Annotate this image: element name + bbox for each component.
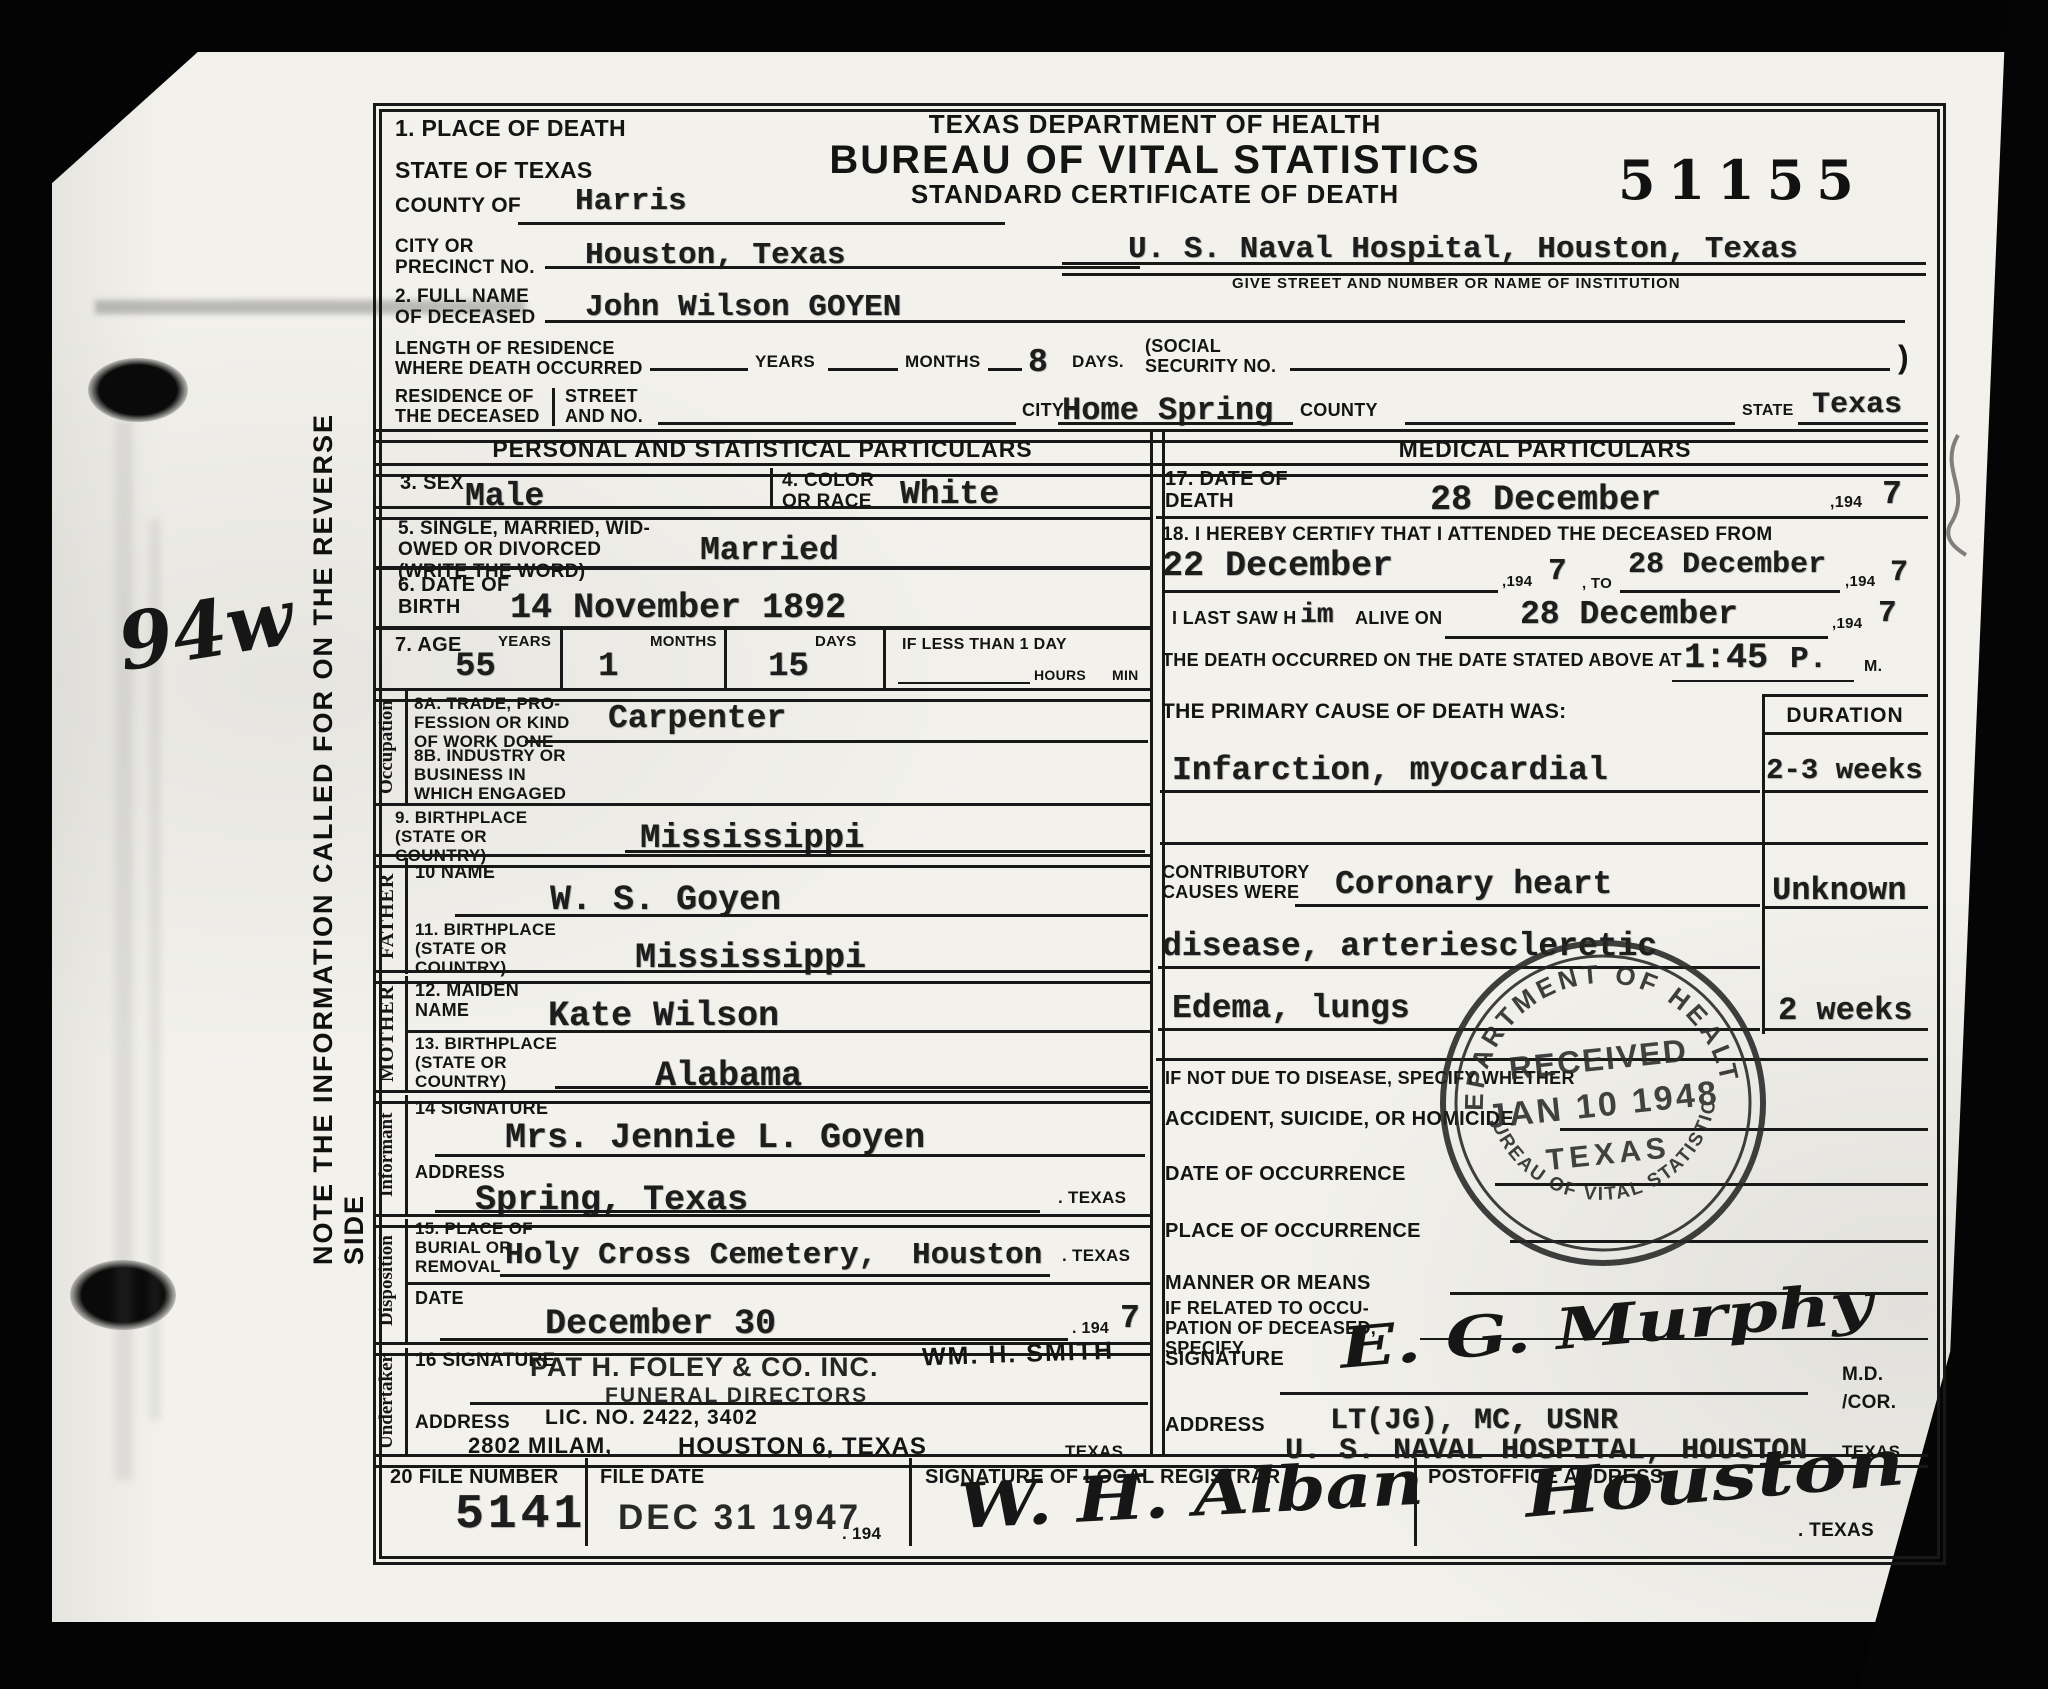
hours-label: HOURS [1034, 668, 1086, 684]
years-label: YEARS [755, 352, 815, 371]
rule [405, 1030, 1150, 1033]
rule [435, 1154, 1145, 1157]
duration-header: DURATION [1762, 704, 1928, 728]
certify-statement: 18. I HEREBY CERTIFY THAT I ATTENDED THE… [1162, 524, 1773, 545]
cor-label: /COR. [1842, 1392, 1896, 1413]
punch-hole [88, 358, 188, 422]
attended-from-date: 22 December [1162, 546, 1393, 586]
burial-date-label: DATE [415, 1288, 464, 1308]
medical-section-header: MEDICAL PARTICULARS [1160, 437, 1930, 463]
county-label: COUNTY OF [395, 194, 521, 218]
rule [405, 1095, 408, 1215]
manner-means-label: MANNER OR MEANS [1165, 1272, 1371, 1294]
sex-label: 3. SEX [400, 472, 464, 494]
scan-streak [115, 420, 133, 1480]
age-years-value: 55 [455, 648, 496, 686]
from-year-print: ,194 [1502, 574, 1532, 591]
city2-label: CITY [1022, 400, 1064, 420]
certificate-number: 51155 [1618, 148, 1866, 212]
rule [405, 690, 408, 805]
rule [909, 1458, 912, 1546]
rule [988, 368, 1022, 371]
rule [405, 976, 408, 1090]
age-months-value: 1 [598, 648, 618, 686]
informant-signature-value: Mrs. Jennie L. Goyen [505, 1118, 925, 1158]
street-label: STREET AND NO. [565, 386, 643, 426]
rule [560, 628, 563, 690]
mother-side-label: MOTHER [376, 976, 406, 1090]
months-label: MONTHS [905, 352, 980, 371]
rule [1062, 262, 1926, 276]
last-year-typed: 7 [1878, 596, 1897, 631]
rule [435, 1210, 1040, 1213]
rule [1160, 790, 1760, 793]
burial-year-print: . 194 [1072, 1320, 1109, 1338]
residence-deceased-label: RESIDENCE OF THE DECEASED [395, 386, 540, 426]
ssn-close-paren: ) [1898, 340, 1909, 376]
rule [525, 740, 1148, 743]
rule [1672, 680, 1854, 682]
alive-on-label: ALIVE ON [1355, 608, 1442, 628]
rule [1156, 516, 1928, 519]
industry-label: 8B. INDUSTRY OR BUSINESS IN WHICH ENGAGE… [414, 746, 566, 803]
min-label: MIN [1112, 668, 1139, 684]
rule [455, 914, 1148, 917]
if-less-than-day-label: IF LESS THAN 1 DAY [902, 636, 1067, 654]
death-time-value: 1:45 [1684, 638, 1768, 678]
burial-place-value: Holy Cross Cemetery, [505, 1238, 877, 1273]
informant-signature-label: 14 SIGNATURE [415, 1098, 548, 1118]
last-saw-him-typed: im [1300, 600, 1334, 631]
informant-side-label: Informant [376, 1095, 406, 1215]
date-of-death-value: 28 December [1430, 480, 1661, 520]
physician-rank-value: LT(JG), MC, USNR [1330, 1404, 1618, 1438]
death-occurred-label: THE DEATH OCCURRED ON THE DATE STATED AB… [1162, 650, 1682, 670]
rule [1280, 1392, 1808, 1395]
to-year-typed: 7 [1890, 556, 1908, 590]
institution-hint: GIVE STREET AND NUMBER OR NAME OF INSTIT… [1232, 276, 1681, 293]
file-date-label: FILE DATE [600, 1466, 705, 1488]
rule [470, 1402, 1148, 1405]
attended-to-date: 28 December [1628, 548, 1826, 582]
state-value: Texas [1812, 388, 1902, 422]
marital-label: 5. SINGLE, MARRIED, WID- OWED OR DIVORCE… [398, 518, 650, 582]
physician-signature-label: SIGNATURE [1165, 1348, 1284, 1370]
state-of-texas-label: STATE OF TEXAS [395, 158, 593, 184]
age-years-label: YEARS [498, 634, 551, 651]
rule [883, 628, 886, 690]
rule [373, 626, 1150, 630]
scan-border-top [0, 0, 2048, 52]
edema-cause-value: Edema, lungs [1172, 990, 1410, 1027]
rule [1295, 904, 1760, 907]
file-date-suffix: . 194 [842, 1524, 881, 1543]
dob-label: 6. DATE OF BIRTH [398, 574, 510, 619]
rule [898, 682, 1030, 684]
contributory-duration: Unknown [1772, 872, 1906, 909]
primary-cause-duration: 2-3 weeks [1766, 754, 1923, 787]
rule [1765, 790, 1928, 793]
date-of-death-label: 17. DATE OF DEATH [1165, 468, 1288, 513]
rule [1762, 732, 1928, 735]
days-label: DAYS. [1072, 352, 1124, 371]
funeral-home-stamp: PAT H. FOLEY & CO. INC. [530, 1352, 879, 1382]
rule [1798, 422, 1928, 425]
county2-label: COUNTY [1300, 400, 1378, 420]
postoffice-texas-suffix: . TEXAS [1798, 1520, 1874, 1541]
rule [405, 858, 408, 974]
rule [1762, 694, 1928, 697]
rule [1405, 422, 1735, 425]
county-value: Harris [575, 184, 687, 219]
burial-city-value: Houston [912, 1238, 1042, 1273]
to-label: , TO [1582, 576, 1612, 593]
contributory-label: CONTRIBUTORY CAUSES WERE [1162, 862, 1310, 902]
dod-year-print: ,194 [1830, 494, 1862, 512]
rule [555, 1086, 1148, 1089]
edema-duration: 2 weeks [1778, 992, 1912, 1029]
dob-value: 14 November 1892 [510, 588, 846, 628]
rule [373, 463, 1928, 477]
rule [405, 1219, 408, 1343]
state-label: STATE [1742, 402, 1794, 420]
ssn-label: (SOCIAL SECURITY NO. [1145, 336, 1276, 376]
rule [405, 1348, 408, 1456]
father-name-label: 10 NAME [415, 862, 495, 882]
scan-border-left [0, 0, 52, 1689]
rule [625, 850, 1145, 853]
stamp-received: RECEIVED [1507, 1032, 1689, 1087]
rule [500, 1274, 1050, 1277]
file-number-label: 20 FILE NUMBER [390, 1466, 559, 1488]
mother-birthplace-label: 13. BIRTHPLACE (STATE OR COUNTRY) [415, 1034, 557, 1091]
rule [545, 266, 1140, 269]
city-precinct-label: CITY OR PRECINCT NO. [395, 236, 535, 279]
days-value: 8 [1028, 344, 1048, 381]
rule [724, 628, 727, 690]
occupation-side-label: Occupation [376, 690, 406, 805]
bureau-title: BUREAU OF VITAL STATISTICS [755, 138, 1555, 183]
to-year-print: ,194 [1845, 574, 1875, 591]
rule [518, 222, 1005, 225]
maiden-name-label: 12. MAIDEN NAME [415, 980, 519, 1020]
scanned-death-certificate: NOTE THE INFORMATION CALLED FOR ON THE R… [0, 0, 2048, 1689]
rule [650, 368, 748, 371]
undertaker-address-label: ADDRESS [415, 1412, 510, 1433]
department-title: TEXAS DEPARTMENT OF HEALTH [755, 110, 1555, 139]
md-label: M.D. [1842, 1364, 1883, 1385]
last-saw-label: I LAST SAW H [1172, 608, 1297, 628]
age-days-label: DAYS [815, 634, 857, 651]
rule [828, 368, 898, 371]
place-occurrence-label: PLACE OF OCCURRENCE [1165, 1220, 1421, 1242]
rule [1765, 1028, 1928, 1031]
m-label: M. [1864, 658, 1882, 676]
length-residence-label: LENGTH OF RESIDENCE WHERE DEATH OCCURRED [395, 338, 643, 378]
from-year-typed: 7 [1548, 554, 1567, 589]
rule [1290, 368, 1890, 371]
contributory-cause-value: Coronary heart [1335, 866, 1612, 903]
scan-border-bottom [0, 1622, 2048, 1689]
personal-section-header: PERSONAL AND STATISTICAL PARTICULARS [380, 437, 1145, 463]
license-number: LIC. NO. 2422, 3402 [545, 1406, 758, 1430]
primary-cause-value: Infarction, myocardial [1172, 752, 1608, 789]
physician-address-label: ADDRESS [1165, 1414, 1265, 1436]
dod-year-typed: 7 [1882, 476, 1902, 513]
full-name-label: 2. FULL NAME OF DECEASED [395, 286, 536, 329]
primary-cause-label: THE PRIMARY CAUSE OF DEATH WAS: [1162, 700, 1566, 724]
age-label: 7. AGE [395, 634, 462, 656]
marital-value: Married [700, 532, 839, 569]
certificate-subtitle: STANDARD CERTIFICATE OF DEATH [755, 180, 1555, 209]
file-date-stamp: DEC 31 1947 [618, 1498, 861, 1537]
informant-texas-suffix: . TEXAS [1058, 1188, 1126, 1207]
rule [1445, 636, 1828, 639]
place-of-death-label: 1. PLACE OF DEATH [395, 116, 626, 142]
file-number-value: 5141 [455, 1488, 586, 1542]
rule [770, 468, 773, 508]
rule [373, 566, 1150, 570]
rule [1162, 590, 1498, 593]
reverse-side-note: NOTE THE INFORMATION CALLED FOR ON THE R… [308, 335, 370, 1265]
burial-year-typed: 7 [1120, 1300, 1140, 1337]
age-days-value: 15 [768, 648, 809, 686]
last-year-print: ,194 [1832, 616, 1862, 633]
disposition-side-label: Disposition [376, 1219, 406, 1343]
death-time-pm: P. [1790, 642, 1827, 677]
rule [552, 388, 555, 426]
last-saw-date: 28 December [1520, 596, 1738, 633]
date-occurrence-label: DATE OF OCCURRENCE [1165, 1163, 1406, 1185]
rule [405, 1282, 1150, 1285]
undertaker-side-label: Undertaker [376, 1348, 406, 1456]
rule [1058, 422, 1293, 425]
trade-value: Carpenter [608, 700, 786, 737]
burial-texas-suffix: . TEXAS [1062, 1246, 1130, 1265]
father-side-label: FATHER [376, 858, 406, 974]
rule [1160, 842, 1928, 845]
rule [658, 422, 1016, 425]
rule [545, 320, 1905, 323]
age-months-label: MONTHS [650, 634, 717, 651]
father-birthplace-label: 11. BIRTHPLACE (STATE OR COUNTRY) [415, 920, 556, 977]
rule [1765, 906, 1928, 909]
rule [1620, 590, 1840, 593]
received-stamp: DEPARTMENT OF HEALTH BUREAU OF VITAL STA… [1428, 928, 1778, 1278]
rule [373, 803, 1150, 806]
